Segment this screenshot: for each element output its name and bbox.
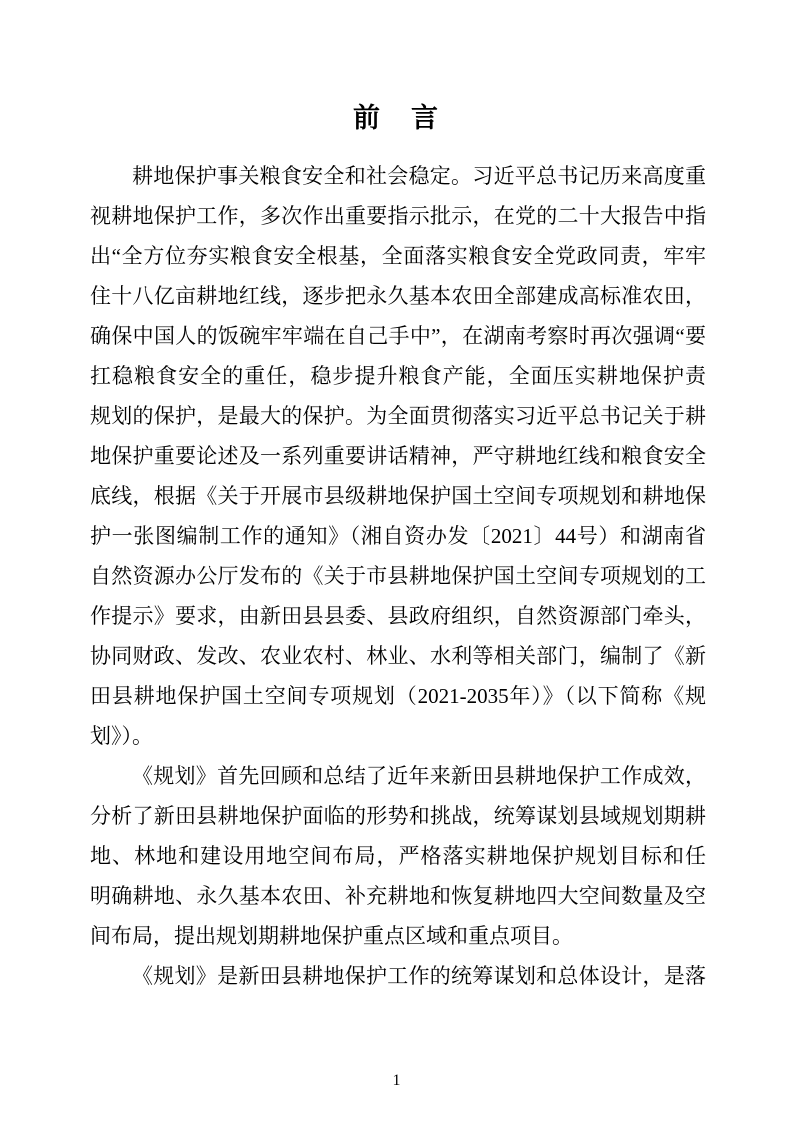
body-line: 自然资源办公厅发布的《关于市县耕地保护国土空间专项规划的工 [90, 556, 706, 596]
body-line: 作提示》要求，由新田县县委、县政府组织，自然资源部门牵头， [90, 596, 706, 636]
body-line: 底线，根据《关于开展市县级耕地保护国土空间专项规划和耕地保 [90, 476, 706, 516]
body-line: 《规划》是新田县耕地保护工作的统筹谋划和总体设计，是落 [90, 956, 706, 996]
document-body: 耕地保护事关粮食安全和社会稳定。习近平总书记历来高度重 视耕地保护工作，多次作出… [90, 156, 706, 996]
body-line: 地保护重要论述及一系列重要讲话精神，严守耕地红线和粮食安全 [90, 436, 706, 476]
body-line: 确保中国人的饭碗牢牢端在自己手中”，在湖南考察时再次强调“要 [90, 316, 706, 356]
body-line: 划》）。 [90, 716, 706, 756]
body-line: 间布局，提出规划期耕地保护重点区域和重点项目。 [90, 916, 706, 956]
paragraph-2: 《规划》首先回顾和总结了近年来新田县耕地保护工作成效， 分析了新田县耕地保护面临… [90, 756, 706, 956]
body-line: 出“全方位夯实粮食安全根基，全面落实粮食安全党政同责，牢牢守 [90, 236, 706, 276]
body-line: 明确耕地、永久基本农田、补充耕地和恢复耕地四大空间数量及空 [90, 876, 706, 916]
body-line: 住十八亿亩耕地红线，逐步把永久基本农田全部建成高标准农田， [90, 276, 706, 316]
body-line: 协同财政、发改、农业农村、林业、水利等相关部门，编制了《新 [90, 636, 706, 676]
body-line: 《规划》首先回顾和总结了近年来新田县耕地保护工作成效， [90, 756, 706, 796]
body-line: 规划的保护，是最大的保护。为全面贯彻落实习近平总书记关于耕 [90, 396, 706, 436]
body-line: 视耕地保护工作，多次作出重要指示批示，在党的二十大报告中指 [90, 196, 706, 236]
body-line: 分析了新田县耕地保护面临的形势和挑战，统筹谋划县域规划期耕 [90, 796, 706, 836]
body-line: 田县耕地保护国土空间专项规划（2021-2035年）》（以下简称《规 [90, 676, 706, 716]
body-line: 扛稳粮食安全的重任，稳步提升粮食产能，全面压实耕地保护责任”。 [90, 356, 706, 396]
paragraph-3: 《规划》是新田县耕地保护工作的统筹谋划和总体设计，是落 [90, 956, 706, 996]
document-page: 前 言 耕地保护事关粮食安全和社会稳定。习近平总书记历来高度重 视耕地保护工作，… [0, 0, 793, 1122]
paragraph-1: 耕地保护事关粮食安全和社会稳定。习近平总书记历来高度重 视耕地保护工作，多次作出… [90, 156, 706, 756]
page-number: 1 [0, 1071, 793, 1091]
body-line: 护一张图编制工作的通知》（湘自资办发〔2021〕44号）和湖南省 [90, 516, 706, 556]
page-title: 前 言 [0, 101, 793, 135]
body-line: 耕地保护事关粮食安全和社会稳定。习近平总书记历来高度重 [90, 156, 706, 196]
body-line: 地、林地和建设用地空间布局，严格落实耕地保护规划目标和任务， [90, 836, 706, 876]
